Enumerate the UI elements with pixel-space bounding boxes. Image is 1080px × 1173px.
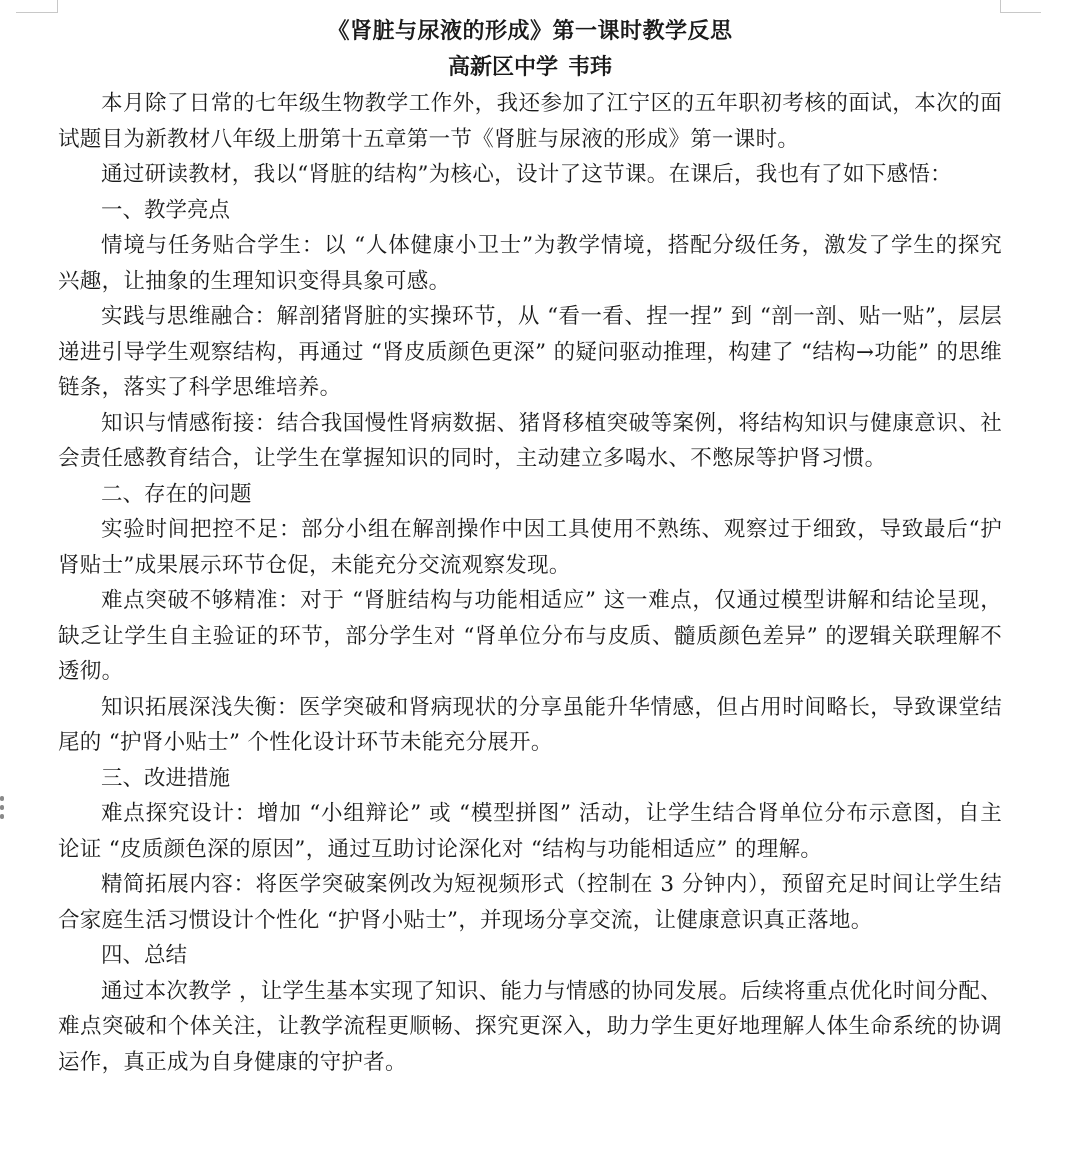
body-paragraph: 实践与思维融合：解剖猪肾脏的实操环节，从 “看一看、捏一捏” 到 “剖一剖、贴一… <box>58 299 1002 406</box>
author-name: 韦玮 <box>568 54 612 80</box>
body-paragraph: 难点突破不够精准：对于 “肾脏结构与功能相适应” 这一难点，仅通过模型讲解和结论… <box>58 583 1002 690</box>
page-corner-mark-top-left <box>16 0 58 13</box>
section-heading-improvements: 三、改进措施 <box>58 761 1002 797</box>
body-paragraph: 难点探究设计：增加 “小组辩论” 或 “模型拼图” 活动，让学生结合肾单位分布示… <box>58 796 1002 867</box>
side-drag-handle-icon[interactable] <box>0 796 4 822</box>
section-heading-highlights: 一、教学亮点 <box>58 193 1002 229</box>
body-paragraph: 知识拓展深浅失衡：医学突破和肾病现状的分享虽能升华情感，但占用时间略长，导致课堂… <box>58 690 1002 761</box>
body-paragraph: 实验时间把控不足：部分小组在解剖操作中因工具使用不熟练、观察过于细致，导致最后“… <box>58 512 1002 583</box>
document-page: 《肾脏与尿液的形成》第一课时教学反思 高新区中学韦玮 本月除了日常的七年级生物教… <box>58 12 1002 1080</box>
section-heading-problems: 二、存在的问题 <box>58 477 1002 513</box>
document-author: 高新区中学韦玮 <box>58 50 1002 84</box>
body-paragraph: 通过本次教学 ，让学生基本实现了知识、能力与情感的协同发展。后续将重点优化时间分… <box>58 974 1002 1081</box>
author-school: 高新区中学 <box>448 54 558 80</box>
document-title: 《肾脏与尿液的形成》第一课时教学反思 <box>58 12 1002 50</box>
body-paragraph: 精简拓展内容：将医学突破案例改为短视频形式（控制在 3 分钟内），预留充足时间让… <box>58 867 1002 938</box>
body-paragraph: 知识与情感衔接：结合我国慢性肾病数据、猪肾移植突破等案例，将结构知识与健康意识、… <box>58 406 1002 477</box>
body-paragraph: 情境与任务贴合学生：以 “人体健康小卫士”为教学情境，搭配分级任务，激发了学生的… <box>58 228 1002 299</box>
section-heading-summary: 四、总结 <box>58 938 1002 974</box>
intro-paragraph: 本月除了日常的七年级生物教学工作外，我还参加了江宁区的五年职初考核的面试，本次的… <box>58 86 1002 157</box>
page-corner-mark-top-right <box>1000 0 1041 13</box>
intro-paragraph: 通过研读教材，我以“肾脏的结构”为核心，设计了这节课。在课后，我也有了如下感悟： <box>58 157 1002 193</box>
